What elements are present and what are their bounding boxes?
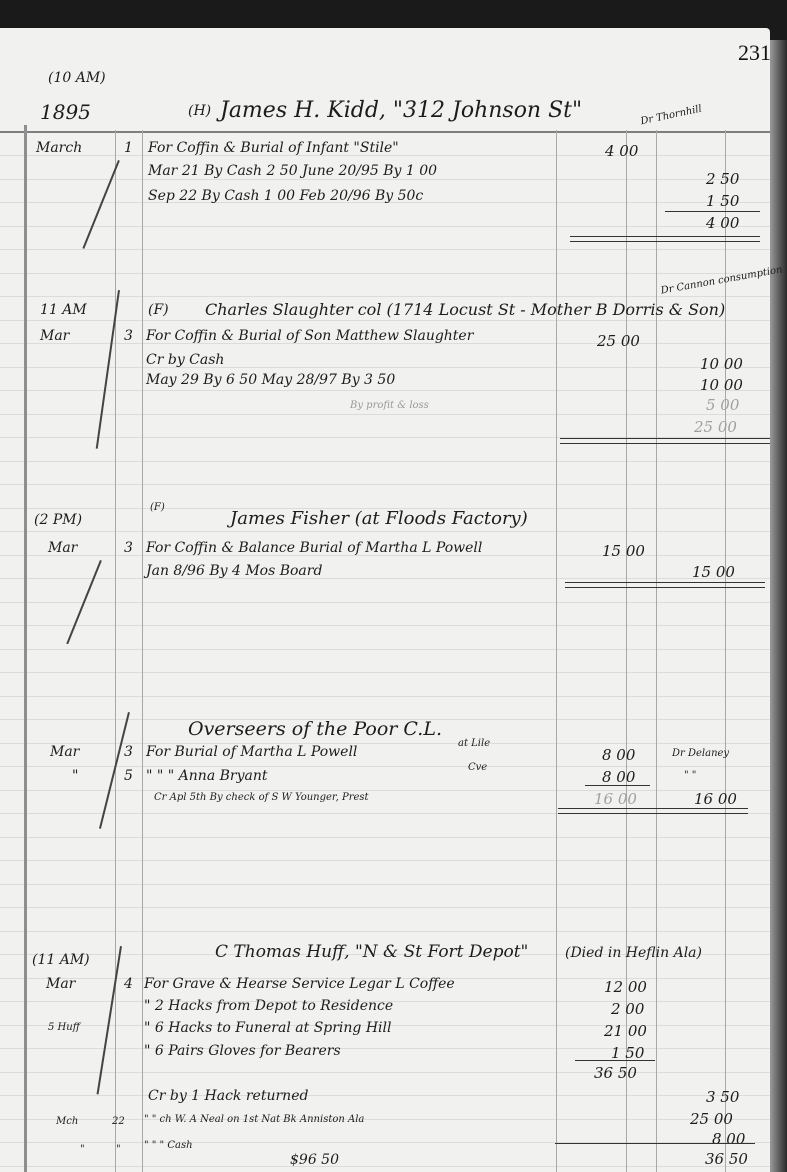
entry-name: Charles Slaughter col (1714 Locust St - … [205, 300, 725, 319]
credit-amount: 2 50 [706, 170, 739, 188]
entry-time: (2 PM) [34, 512, 82, 528]
entry-day: 3 [124, 328, 133, 344]
side-note: (Died in Heflin Ala) [565, 945, 702, 961]
entry-line: For Coffin & Burial of Infant "Stile" [148, 140, 399, 156]
entry-line: Cr by Cash [146, 352, 224, 368]
double-rule [565, 582, 765, 588]
column-line-day [115, 130, 116, 1172]
entry-marker: (H) [188, 103, 211, 119]
entry-line: Sep 22 By Cash 1 00 Feb 20/96 By 50c [148, 188, 423, 204]
entry-day: 3 [124, 540, 133, 556]
entry-name: Overseers of the Poor C.L. [188, 718, 442, 740]
footer-note: $96 50 [290, 1152, 339, 1168]
debit-amount: 21 00 [604, 1022, 647, 1040]
column-line-credit-cents [725, 130, 726, 1172]
double-rule [560, 438, 770, 444]
entry-day: 4 [124, 976, 133, 992]
credit-total: 4 00 [706, 214, 739, 232]
credit-day: " [116, 1144, 121, 1155]
page-edge [770, 40, 787, 1172]
debit-amount: 25 00 [597, 332, 640, 350]
entry-line: Cr Apl 5th By check of S W Younger, Pres… [154, 792, 369, 803]
entry-line: For Burial of Martha L Powell [146, 744, 357, 760]
entry-marker: (F) [150, 502, 165, 513]
credit-line: " " " Cash [144, 1140, 193, 1151]
sum-rule [555, 1143, 755, 1144]
entry-name: James H. Kidd, "312 Johnson St" [220, 98, 582, 123]
column-line-debit [556, 130, 557, 1172]
double-rule [558, 808, 748, 814]
debit-amount: 8 00 [602, 768, 635, 786]
entry-month: Mar [50, 744, 79, 760]
credit-line: Cr by 1 Hack returned [148, 1088, 308, 1104]
entry-marker: (F) [148, 302, 169, 318]
entry-month: Mar [40, 328, 69, 344]
entry-time: 11 AM [40, 302, 87, 318]
credit-amount: 15 00 [692, 563, 735, 581]
credit-amount: 25 00 [690, 1110, 733, 1128]
margin-note: 5 Huff [48, 1022, 80, 1033]
entry-line: For Coffin & Balance Burial of Martha L … [146, 540, 482, 556]
left-margin-line [24, 125, 27, 1172]
credit-day: 22 [112, 1116, 125, 1127]
debit-amount: 8 00 [602, 746, 635, 764]
entry-day: 1 [124, 140, 133, 156]
credit-line: " " ch W. A Neal on 1st Nat Bk Anniston … [144, 1114, 364, 1125]
debit-total: 16 00 [594, 790, 637, 808]
debit-amount: 4 00 [605, 142, 638, 160]
credit-amount: 5 00 [706, 396, 739, 414]
superscript-note: Cve [468, 762, 487, 773]
credit-amount: 3 50 [706, 1088, 739, 1106]
credit-month: Mch [56, 1116, 78, 1127]
sum-rule [575, 1060, 655, 1061]
credit-amount: 1 50 [706, 192, 739, 210]
sum-rule [585, 785, 650, 786]
credit-total: 16 00 [694, 790, 737, 808]
debit-total: 36 50 [594, 1064, 637, 1082]
entry-month: Mar [48, 540, 77, 556]
physician-note: Dr Delaney [672, 748, 729, 759]
entry-name: C Thomas Huff, "N & St Fort Depot" [215, 942, 528, 962]
entry-line: Jan 8/96 By 4 Mos Board [146, 563, 322, 579]
double-rule [570, 236, 760, 242]
entry-month: Mar [46, 976, 75, 992]
entry-day: 3 [124, 744, 133, 760]
credit-month: " [80, 1144, 85, 1155]
debit-amount: 12 00 [604, 978, 647, 996]
entry-month: March [36, 140, 82, 156]
page-number: 231 [738, 40, 771, 66]
entry-line: Mar 21 By Cash 2 50 June 20/95 By 1 00 [148, 163, 437, 179]
entry-line: By profit & loss [350, 400, 429, 411]
entry-line: " " " Anna Bryant [146, 768, 268, 784]
entry-line: For Grave & Hearse Service Legar L Coffe… [144, 976, 455, 992]
credit-amount: 8 00 [712, 1130, 745, 1148]
entry-line: May 29 By 6 50 May 28/97 By 3 50 [146, 372, 395, 388]
entry-time: (10 AM) [48, 70, 106, 86]
entry-time: (11 AM) [32, 952, 90, 968]
column-line-credit [656, 130, 657, 1172]
entry-line: " 6 Pairs Gloves for Bearers [144, 1043, 341, 1059]
ledger-year: 1895 [40, 100, 91, 124]
column-line-desc [142, 130, 143, 1172]
debit-amount: 2 00 [611, 1000, 644, 1018]
entry-line: For Coffin & Burial of Son Matthew Slaug… [146, 328, 473, 344]
entry-name: James Fisher (at Floods Factory) [230, 508, 528, 529]
credit-total: 25 00 [694, 418, 737, 436]
debit-amount: 15 00 [602, 542, 645, 560]
entry-month: " [72, 768, 78, 784]
entry-day: 5 [124, 768, 133, 784]
credit-amount: 10 00 [700, 376, 743, 394]
credit-amount: 10 00 [700, 355, 743, 373]
entry-line: " 2 Hacks from Depot to Residence [144, 998, 393, 1014]
sum-rule [665, 211, 760, 212]
superscript-note: at Lile [458, 738, 490, 749]
credit-total: 36 50 [705, 1150, 748, 1168]
physician-note: " " [684, 770, 696, 781]
entry-line: " 6 Hacks to Funeral at Spring Hill [144, 1020, 391, 1036]
